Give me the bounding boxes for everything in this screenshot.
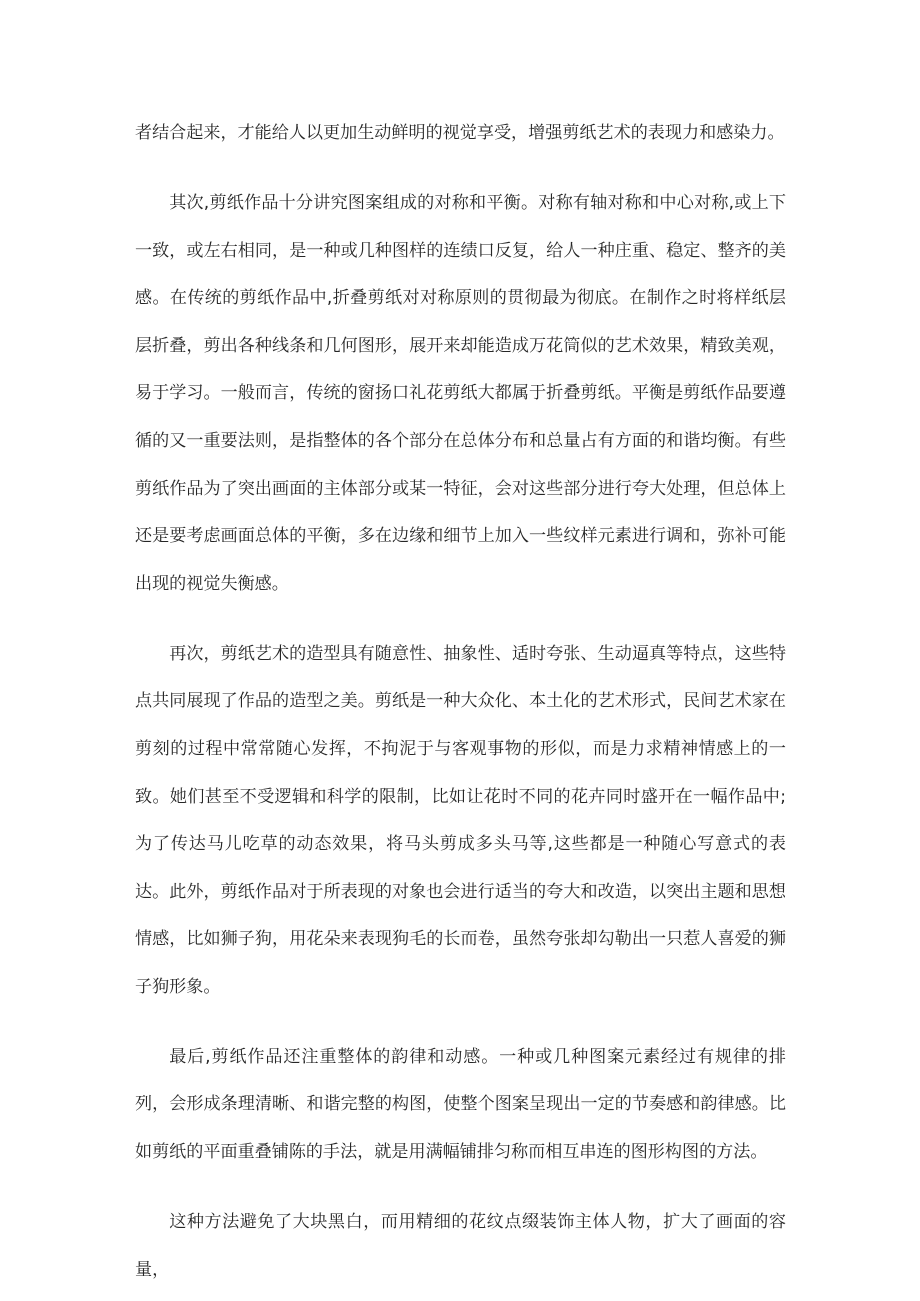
paragraph-5: 这种方法避免了大块黑白，而用精细的花纹点缀装饰主体人物，扩大了画面的容量， [135,1199,786,1294]
document-page: 者结合起来，才能给人以更加生动鲜明的视觉享受，增强剪纸艺术的表现力和感染力。 其… [0,0,920,1301]
paragraph-2: 其次,剪纸作品十分讲究图案组成的对称和平衡。对称有轴对称和中心对称,或上下一致，… [135,180,786,608]
paragraph-3: 再次，剪纸艺术的造型具有随意性、抽象性、适时夸张、生动逼真等特点，这些特点共同展… [135,631,786,1012]
paragraph-4: 最后,剪纸作品还注重整体的韵律和动感。一种或几种图案元素经过有规律的排列，会形成… [135,1034,786,1177]
paragraph-1: 者结合起来，才能给人以更加生动鲜明的视觉享受，增强剪纸艺术的表现力和感染力。 [135,110,786,158]
